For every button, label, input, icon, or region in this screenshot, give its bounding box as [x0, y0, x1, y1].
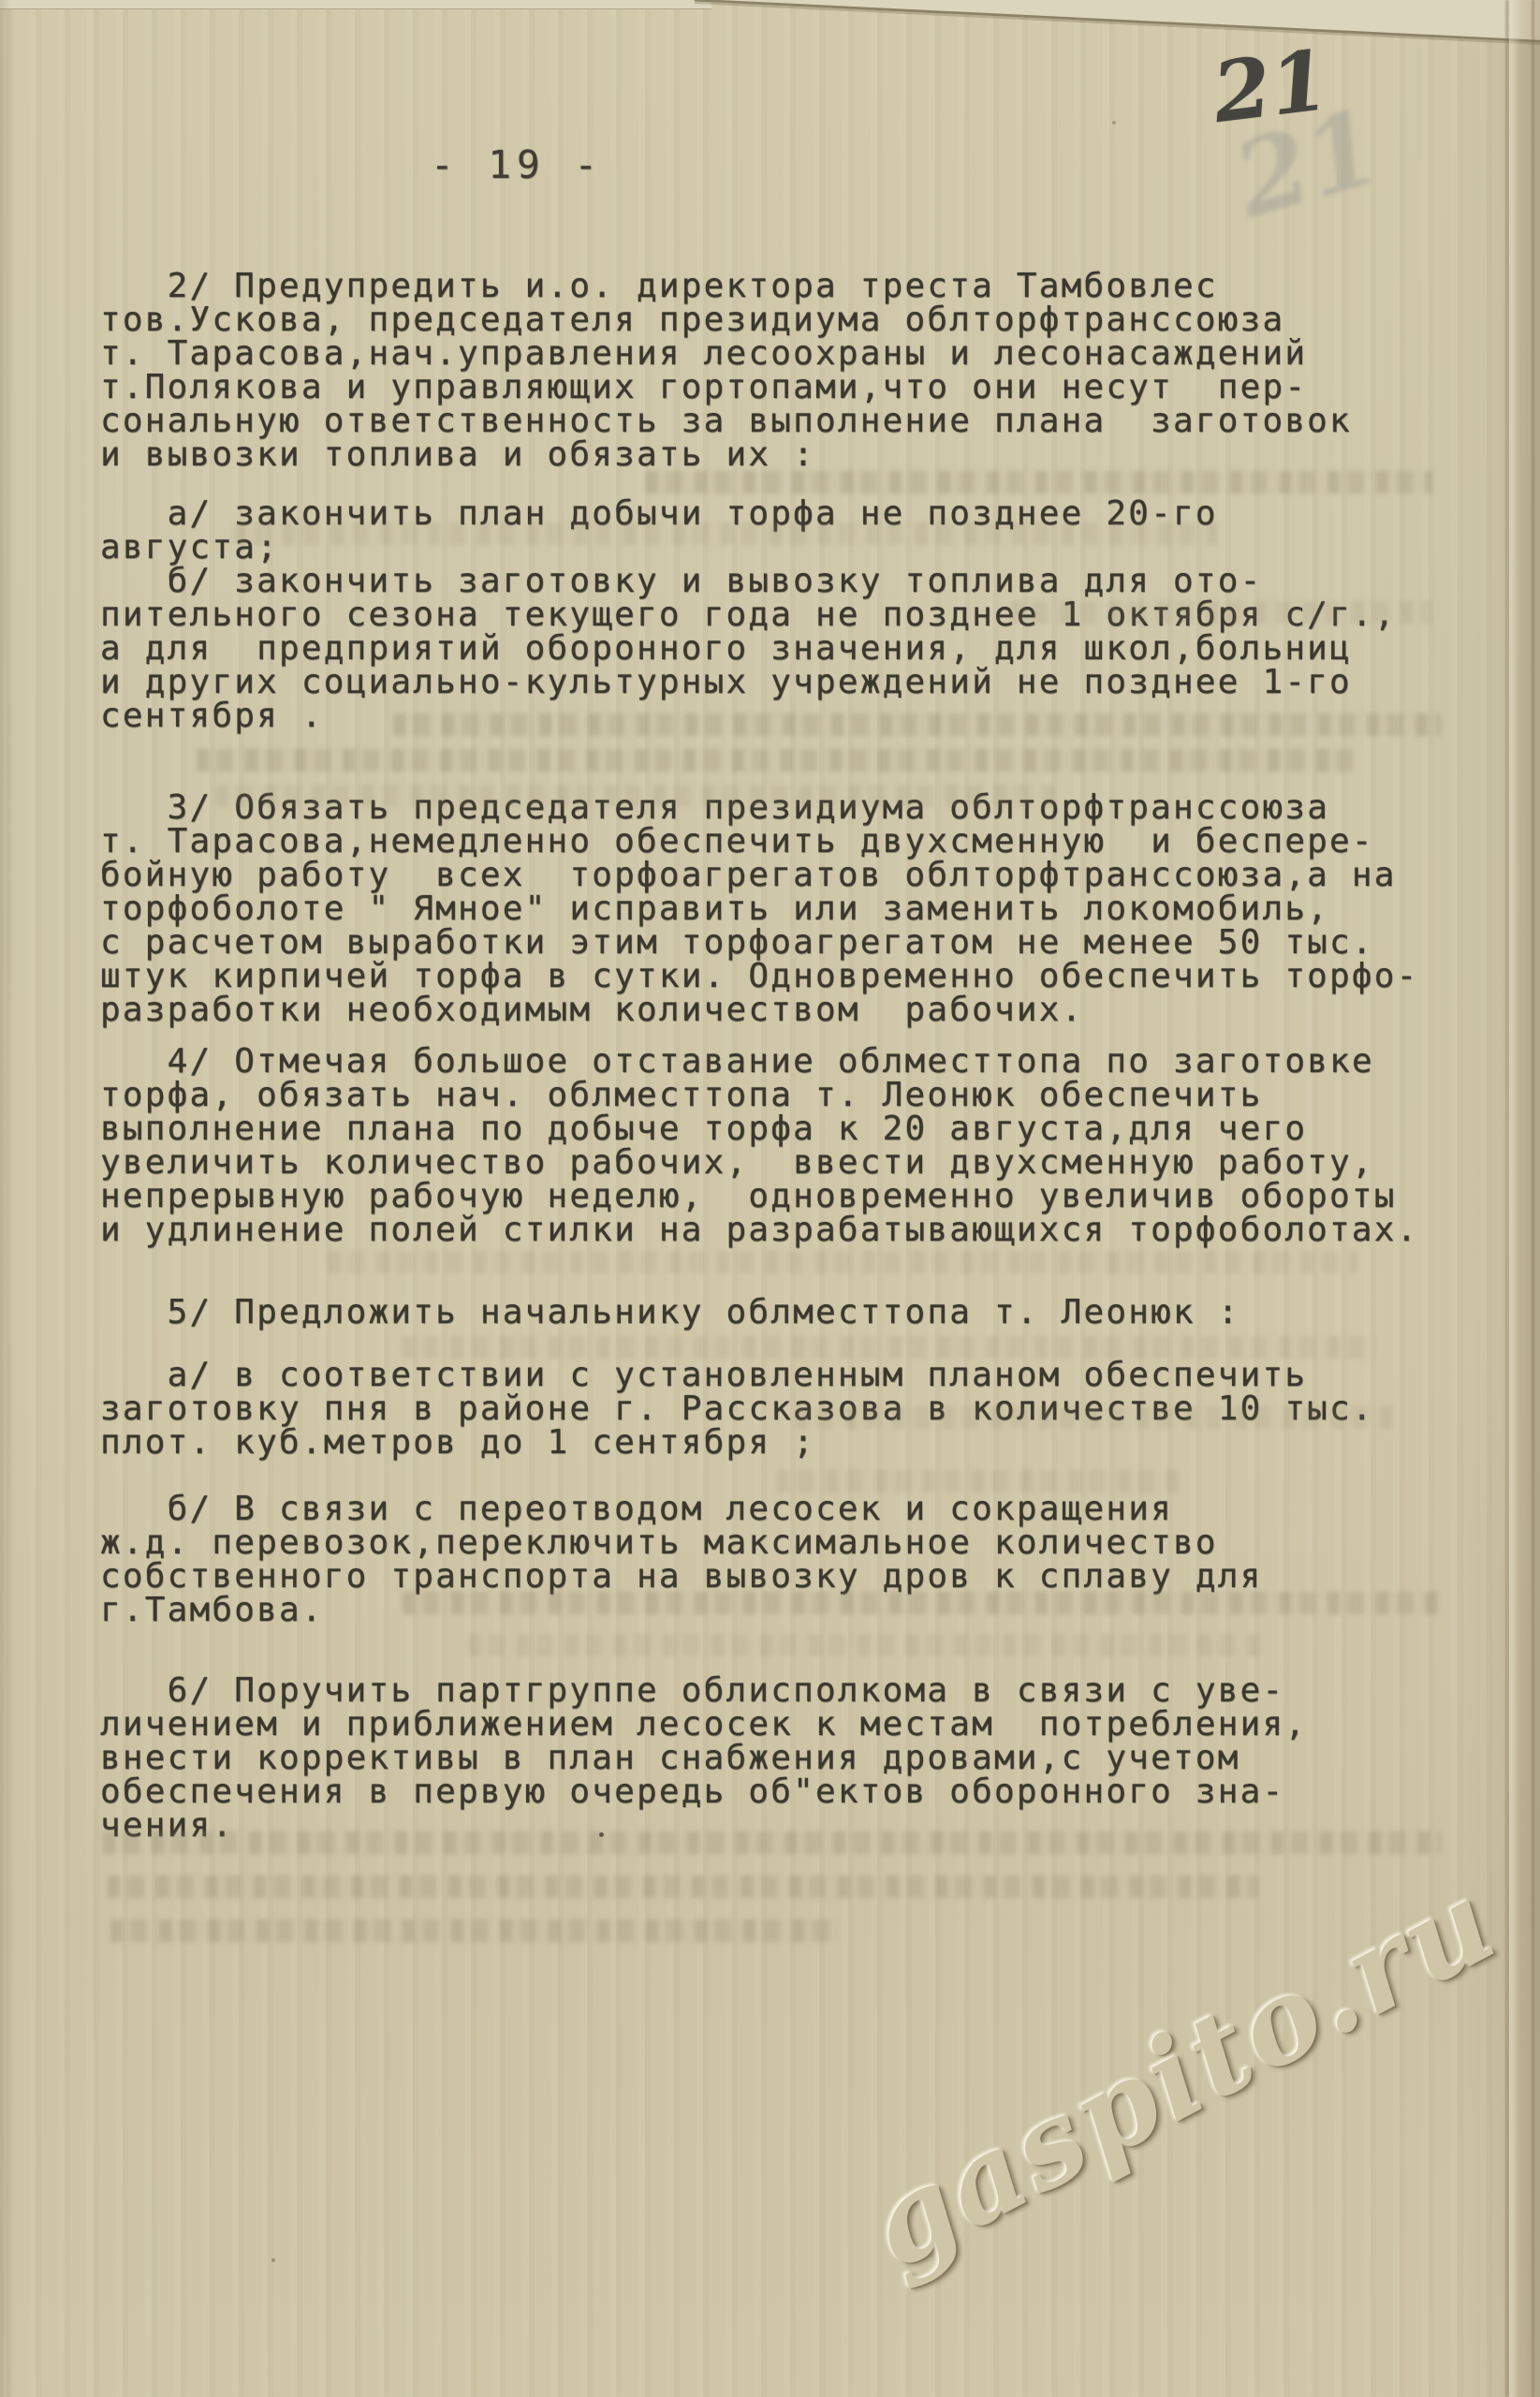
document-scan: - 19 - 21 21 2/ Предупредить и.о. директ… [0, 0, 1540, 2397]
page-right-edge [1509, 0, 1540, 2397]
dust-speck [599, 1832, 604, 1837]
paragraph-item-4: 4/ Отмечая большое отставание облместтоп… [100, 1045, 1476, 1247]
page-left-edge-shadow [0, 0, 11, 2397]
bleedthrough-row [108, 1875, 1259, 1898]
paragraph-item-5b: б/ В связи с переотводом лесосек и сокра… [100, 1493, 1476, 1627]
bleedthrough-row [197, 749, 1357, 772]
page-right-edge-line [1532, 0, 1534, 2397]
bleedthrough-row [468, 1634, 1264, 1656]
page-fold-line [1505, 0, 1509, 2397]
page-number: - 19 - [431, 142, 603, 187]
dust-speck [271, 2258, 275, 2262]
embossed-watermark: gaspito.ru [846, 1852, 1518, 2295]
bleedthrough-row [646, 471, 1432, 493]
paragraph-item-2b: б/ закончить заготовку и вывозку топлива… [100, 565, 1476, 733]
dust-speck [1112, 121, 1116, 125]
paragraph-item-5: 5/ Предложить начальнику облместтопа т. … [100, 1296, 1476, 1330]
paragraph-item-5a: а/ в соответствии с установленным планом… [100, 1359, 1476, 1460]
paragraph-item-3: 3/ Обязать председателя президиума облто… [100, 791, 1476, 1027]
sheet-number-handwritten: 21 [1208, 31, 1333, 141]
bleedthrough-row [328, 1251, 1357, 1273]
bleedthrough-row [110, 1919, 841, 1942]
paragraph-item-2a: а/ закончить план добычи торфа не поздне… [100, 497, 1476, 565]
paragraph-item-2: 2/ Предупредить и.о. директора треста Та… [100, 270, 1476, 472]
paragraph-item-6: 6/ Поручить партгруппе облисполкома в св… [100, 1674, 1476, 1843]
